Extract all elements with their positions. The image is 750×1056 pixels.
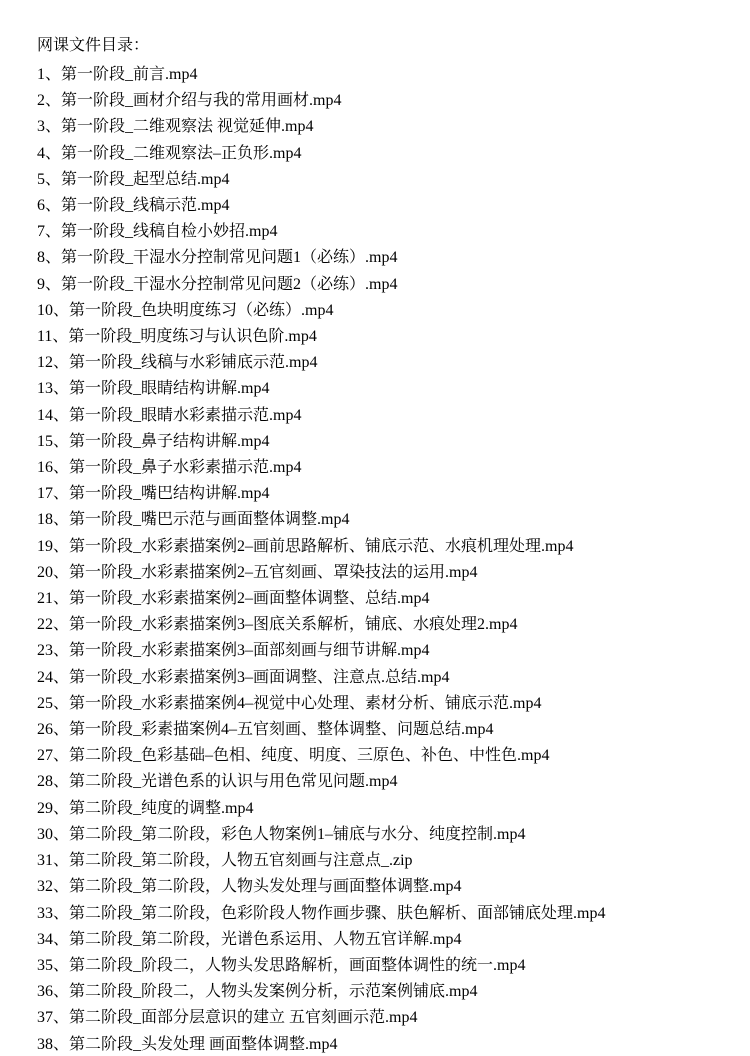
- file-list-item: 21、第一阶段_水彩素描案例2–画面整体调整、总结.mp4: [37, 586, 730, 612]
- file-list-item: 34、第二阶段_第二阶段，光谱色系运用、人物五官详解.mp4: [37, 927, 730, 953]
- file-list-item: 3、第一阶段_二维观察法 视觉延伸.mp4: [37, 114, 730, 140]
- file-list-item: 5、第一阶段_起型总结.mp4: [37, 167, 730, 193]
- document-page: 网课文件目录： 1、第一阶段_前言.mp42、第一阶段_画材介绍与我的常用画材.…: [0, 0, 750, 1056]
- file-list-item: 1、第一阶段_前言.mp4: [37, 62, 730, 88]
- file-list-item: 31、第二阶段_第二阶段，人物五官刻画与注意点_.zip: [37, 848, 730, 874]
- file-list-item: 4、第一阶段_二维观察法–正负形.mp4: [37, 141, 730, 167]
- file-list-item: 8、第一阶段_干湿水分控制常见问题1（必练）.mp4: [37, 245, 730, 271]
- file-list: 1、第一阶段_前言.mp42、第一阶段_画材介绍与我的常用画材.mp43、第一阶…: [37, 62, 730, 1056]
- file-list-item: 33、第二阶段_第二阶段，色彩阶段人物作画步骤、肤色解析、面部铺底处理.mp4: [37, 901, 730, 927]
- file-list-item: 22、第一阶段_水彩素描案例3–图底关系解析，铺底、水痕处理2.mp4: [37, 612, 730, 638]
- file-list-item: 19、第一阶段_水彩素描案例2–画前思路解析、铺底示范、水痕机理处理.mp4: [37, 534, 730, 560]
- file-list-item: 15、第一阶段_鼻子结构讲解.mp4: [37, 429, 730, 455]
- page-title: 网课文件目录：: [37, 33, 730, 59]
- file-list-item: 36、第二阶段_阶段二，人物头发案例分析，示范案例铺底.mp4: [37, 979, 730, 1005]
- file-list-item: 17、第一阶段_嘴巴结构讲解.mp4: [37, 481, 730, 507]
- file-list-item: 18、第一阶段_嘴巴示范与画面整体调整.mp4: [37, 507, 730, 533]
- file-list-item: 24、第一阶段_水彩素描案例3–画面调整、注意点.总结.mp4: [37, 665, 730, 691]
- file-list-item: 26、第一阶段_彩素描案例4–五官刻画、整体调整、问题总结.mp4: [37, 717, 730, 743]
- file-list-item: 37、第二阶段_面部分层意识的建立 五官刻画示范.mp4: [37, 1005, 730, 1031]
- file-list-item: 11、第一阶段_明度练习与认识色阶.mp4: [37, 324, 730, 350]
- file-list-item: 35、第二阶段_阶段二，人物头发思路解析，画面整体调性的统一.mp4: [37, 953, 730, 979]
- file-list-item: 38、第二阶段_头发处理 画面整体调整.mp4: [37, 1032, 730, 1056]
- file-list-item: 29、第二阶段_纯度的调整.mp4: [37, 796, 730, 822]
- file-list-item: 30、第二阶段_第二阶段，彩色人物案例1–铺底与水分、纯度控制.mp4: [37, 822, 730, 848]
- file-list-item: 12、第一阶段_线稿与水彩铺底示范.mp4: [37, 350, 730, 376]
- file-list-item: 13、第一阶段_眼睛结构讲解.mp4: [37, 376, 730, 402]
- file-list-item: 16、第一阶段_鼻子水彩素描示范.mp4: [37, 455, 730, 481]
- file-list-item: 2、第一阶段_画材介绍与我的常用画材.mp4: [37, 88, 730, 114]
- file-list-item: 10、第一阶段_色块明度练习（必练）.mp4: [37, 298, 730, 324]
- file-list-item: 28、第二阶段_光谱色系的认识与用色常见问题.mp4: [37, 769, 730, 795]
- file-list-item: 14、第一阶段_眼睛水彩素描示范.mp4: [37, 403, 730, 429]
- file-list-item: 25、第一阶段_水彩素描案例4–视觉中心处理、素材分析、铺底示范.mp4: [37, 691, 730, 717]
- file-list-item: 27、第二阶段_色彩基础–色相、纯度、明度、三原色、补色、中性色.mp4: [37, 743, 730, 769]
- file-list-item: 9、第一阶段_干湿水分控制常见问题2（必练）.mp4: [37, 272, 730, 298]
- file-list-item: 32、第二阶段_第二阶段，人物头发处理与画面整体调整.mp4: [37, 874, 730, 900]
- file-list-item: 20、第一阶段_水彩素描案例2–五官刻画、罩染技法的运用.mp4: [37, 560, 730, 586]
- file-list-item: 6、第一阶段_线稿示范.mp4: [37, 193, 730, 219]
- file-list-item: 7、第一阶段_线稿自检小妙招.mp4: [37, 219, 730, 245]
- file-list-item: 23、第一阶段_水彩素描案例3–面部刻画与细节讲解.mp4: [37, 638, 730, 664]
